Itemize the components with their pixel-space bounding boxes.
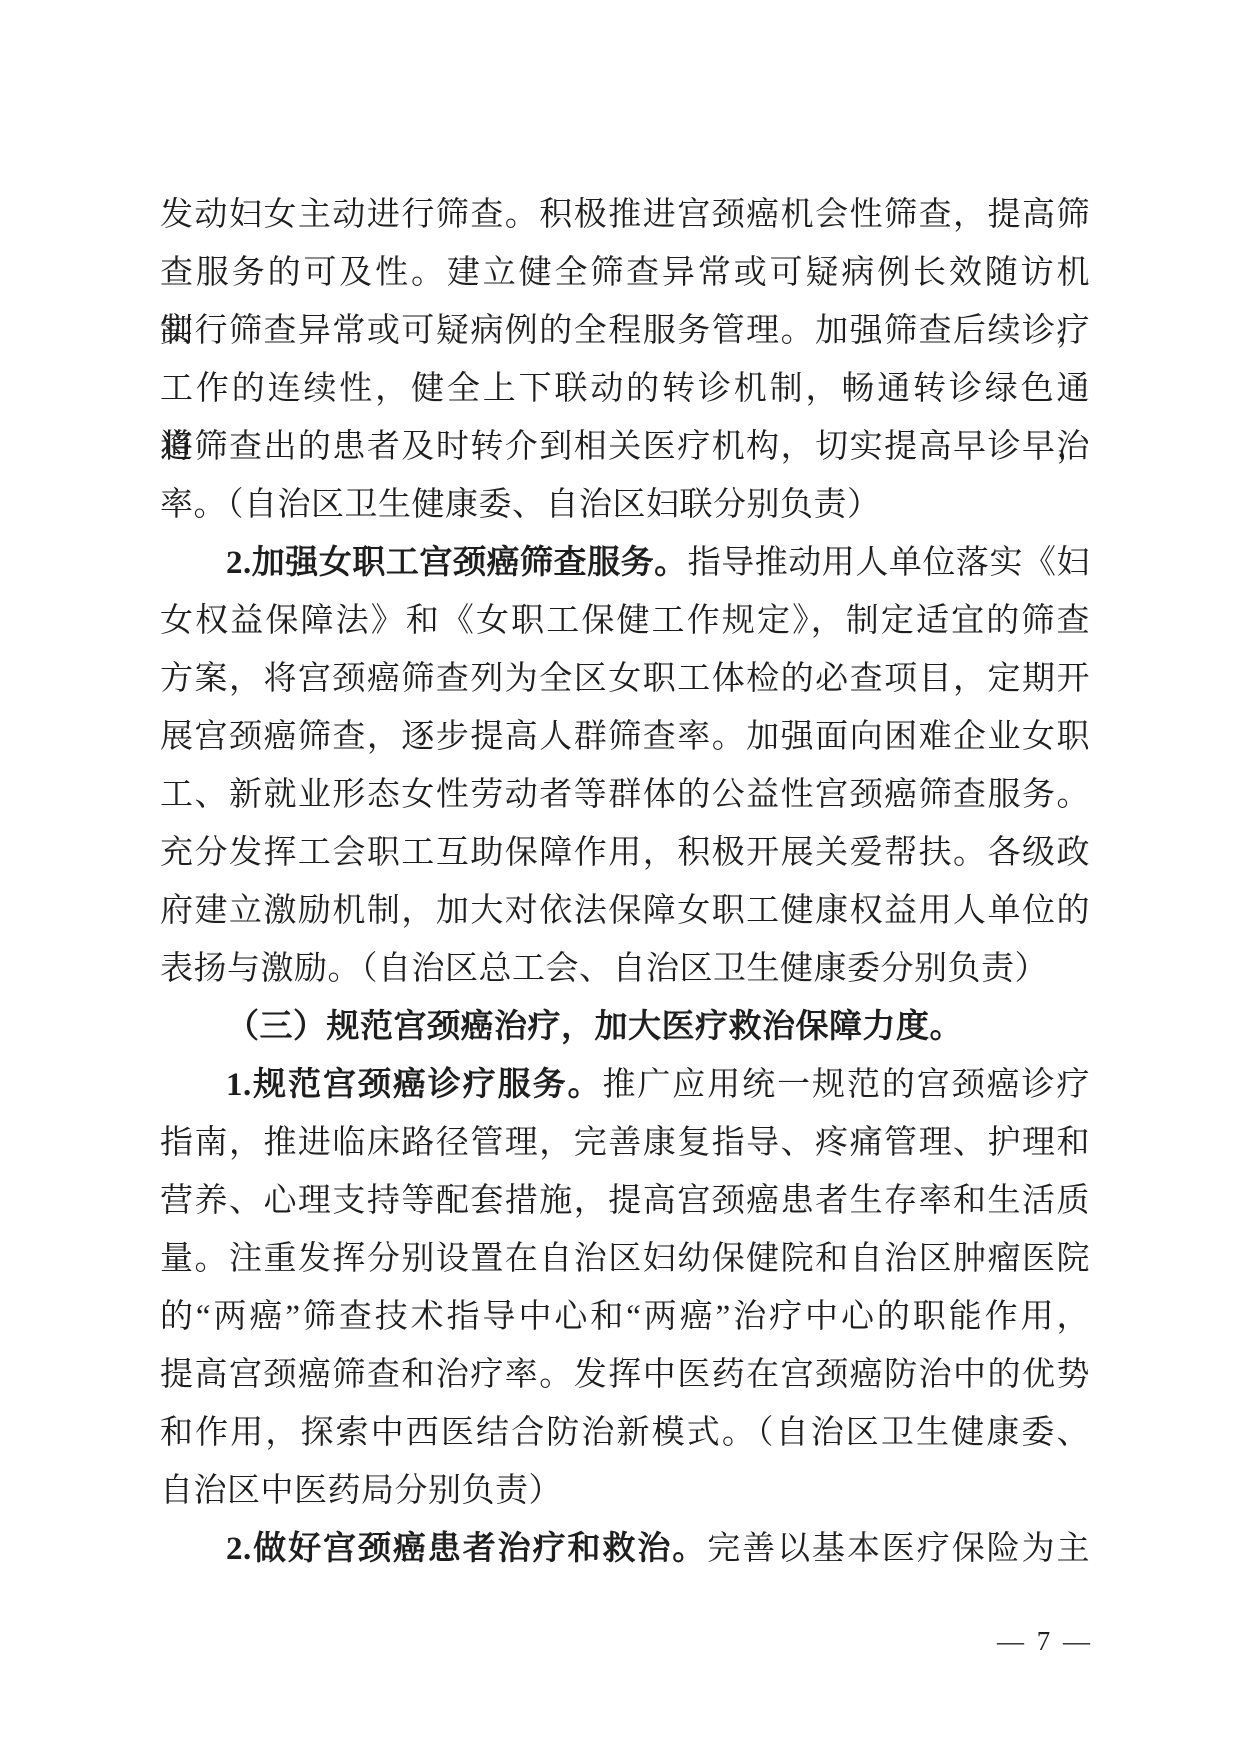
- paragraph: 发动妇女主动进行筛查。积极推进宫颈癌机会性筛查，提高筛查服务的可及性。建立健全筛…: [160, 186, 1090, 534]
- body-text: 指南，推进临床路径管理，完善康复指导、疼痛管理、护理和: [160, 1125, 1090, 1161]
- body-text: 府建立激励机制，加大对依法保障女职工健康权益用人单位的: [160, 893, 1090, 929]
- document-line: 女权益保障法》和《女职工保健工作规定》，制定适宜的筛查: [160, 592, 1090, 650]
- document-line: 指南，推进临床路径管理，完善康复指导、疼痛管理、护理和: [160, 1114, 1090, 1172]
- body-text: 提高宫颈癌筛查和治疗率。发挥中医药在宫颈癌防治中的优势: [160, 1357, 1090, 1393]
- paragraph: 1.规范宫颈癌诊疗服务。推广应用统一规范的宫颈癌诊疗指南，推进临床路径管理，完善…: [160, 1056, 1090, 1520]
- paragraph: 2.做好宫颈癌患者治疗和救治。完善以基本医疗保险为主: [160, 1520, 1090, 1578]
- document-line: 查服务的可及性。建立健全筛查异常或可疑病例长效随访机制，: [160, 244, 1090, 302]
- body-text: 的“两癌”筛查技术指导中心和“两癌”治疗中心的职能作用，: [160, 1299, 1090, 1335]
- document-line: 营养、心理支持等配套措施，提高宫颈癌患者生存率和生活质: [160, 1172, 1090, 1230]
- body-text: 女权益保障法》和《女职工保健工作规定》，制定适宜的筛查: [160, 603, 1090, 639]
- body-text: 方案，将宫颈癌筛查列为全区女职工体检的必查项目，定期开: [160, 661, 1090, 697]
- document-line: 发动妇女主动进行筛查。积极推进宫颈癌机会性筛查，提高筛: [160, 186, 1090, 244]
- emphasis-text: 1.规范宫颈癌诊疗服务。: [226, 1067, 602, 1103]
- body-text: 工、新就业形态女性劳动者等群体的公益性宫颈癌筛查服务。: [160, 777, 1090, 813]
- body-text: 表扬与激励。（自治区总工会、自治区卫生健康委分别负责）: [160, 951, 1048, 987]
- document-line: （三）规范宫颈癌治疗，加大医疗救治保障力度。: [160, 998, 1090, 1056]
- document-line: 工作的连续性，健全上下联动的转诊机制，畅通转诊绿色通道，: [160, 360, 1090, 418]
- body-text: 指导推动用人单位落实《妇: [688, 545, 1090, 581]
- body-text: 将筛查出的患者及时转介到相关医疗机构，切实提高早诊早治: [160, 429, 1090, 465]
- body-text: 发动妇女主动进行筛查。积极推进宫颈癌机会性筛查，提高筛: [160, 197, 1090, 233]
- body-text: 完善以基本医疗保险为主: [707, 1531, 1090, 1567]
- body-text: 实行筛查异常或可疑病例的全程服务管理。加强筛查后续诊疗: [160, 313, 1090, 349]
- document-line: 将筛查出的患者及时转介到相关医疗机构，切实提高早诊早治: [160, 418, 1090, 476]
- document-line: 表扬与激励。（自治区总工会、自治区卫生健康委分别负责）: [160, 940, 1090, 998]
- document-line: 充分发挥工会职工互助保障作用，积极开展关爱帮扶。各级政: [160, 824, 1090, 882]
- body-text: 营养、心理支持等配套措施，提高宫颈癌患者生存率和生活质: [160, 1183, 1090, 1219]
- document-line: 府建立激励机制，加大对依法保障女职工健康权益用人单位的: [160, 882, 1090, 940]
- document-line: 1.规范宫颈癌诊疗服务。推广应用统一规范的宫颈癌诊疗: [160, 1056, 1090, 1114]
- document-line: 和作用，探索中西医结合防治新模式。（自治区卫生健康委、: [160, 1404, 1090, 1462]
- document-line: 2.加强女职工宫颈癌筛查服务。指导推动用人单位落实《妇: [160, 534, 1090, 592]
- body-text: 率。（自治区卫生健康委、自治区妇联分别负责）: [160, 487, 881, 523]
- document-line: 工、新就业形态女性劳动者等群体的公益性宫颈癌筛查服务。: [160, 766, 1090, 824]
- document-line: 率。（自治区卫生健康委、自治区妇联分别负责）: [160, 476, 1090, 534]
- document-line: 量。注重发挥分别设置在自治区妇幼保健院和自治区肿瘤医院: [160, 1230, 1090, 1288]
- emphasis-text: （三）规范宫颈癌治疗，加大医疗救治保障力度。: [226, 1009, 963, 1045]
- document-line: 实行筛查异常或可疑病例的全程服务管理。加强筛查后续诊疗: [160, 302, 1090, 360]
- body-text: 和作用，探索中西医结合防治新模式。（自治区卫生健康委、: [160, 1415, 1090, 1451]
- emphasis-text: 2.做好宫颈癌患者治疗和救治。: [226, 1531, 707, 1567]
- document-body: 发动妇女主动进行筛查。积极推进宫颈癌机会性筛查，提高筛查服务的可及性。建立健全筛…: [160, 186, 1090, 1578]
- body-text: 展宫颈癌筛查，逐步提高人群筛查率。加强面向困难企业女职: [160, 719, 1090, 755]
- emphasis-text: 2.加强女职工宫颈癌筛查服务。: [226, 545, 688, 581]
- document-line: 2.做好宫颈癌患者治疗和救治。完善以基本医疗保险为主: [160, 1520, 1090, 1578]
- page-number: — 7 —: [997, 1624, 1093, 1658]
- document-line: 提高宫颈癌筛查和治疗率。发挥中医药在宫颈癌防治中的优势: [160, 1346, 1090, 1404]
- document-page: 发动妇女主动进行筛查。积极推进宫颈癌机会性筛查，提高筛查服务的可及性。建立健全筛…: [0, 0, 1241, 1754]
- document-line: 的“两癌”筛查技术指导中心和“两癌”治疗中心的职能作用，: [160, 1288, 1090, 1346]
- document-line: 方案，将宫颈癌筛查列为全区女职工体检的必查项目，定期开: [160, 650, 1090, 708]
- body-text: 充分发挥工会职工互助保障作用，积极开展关爱帮扶。各级政: [160, 835, 1090, 871]
- body-text: 推广应用统一规范的宫颈癌诊疗: [602, 1067, 1090, 1103]
- document-line: 展宫颈癌筛查，逐步提高人群筛查率。加强面向困难企业女职: [160, 708, 1090, 766]
- paragraph: 2.加强女职工宫颈癌筛查服务。指导推动用人单位落实《妇女权益保障法》和《女职工保…: [160, 534, 1090, 998]
- body-text: 量。注重发挥分别设置在自治区妇幼保健院和自治区肿瘤医院: [160, 1241, 1090, 1277]
- document-line: 自治区中医药局分别负责）: [160, 1462, 1090, 1520]
- paragraph: （三）规范宫颈癌治疗，加大医疗救治保障力度。: [160, 998, 1090, 1056]
- body-text: 自治区中医药局分别负责）: [160, 1473, 562, 1509]
